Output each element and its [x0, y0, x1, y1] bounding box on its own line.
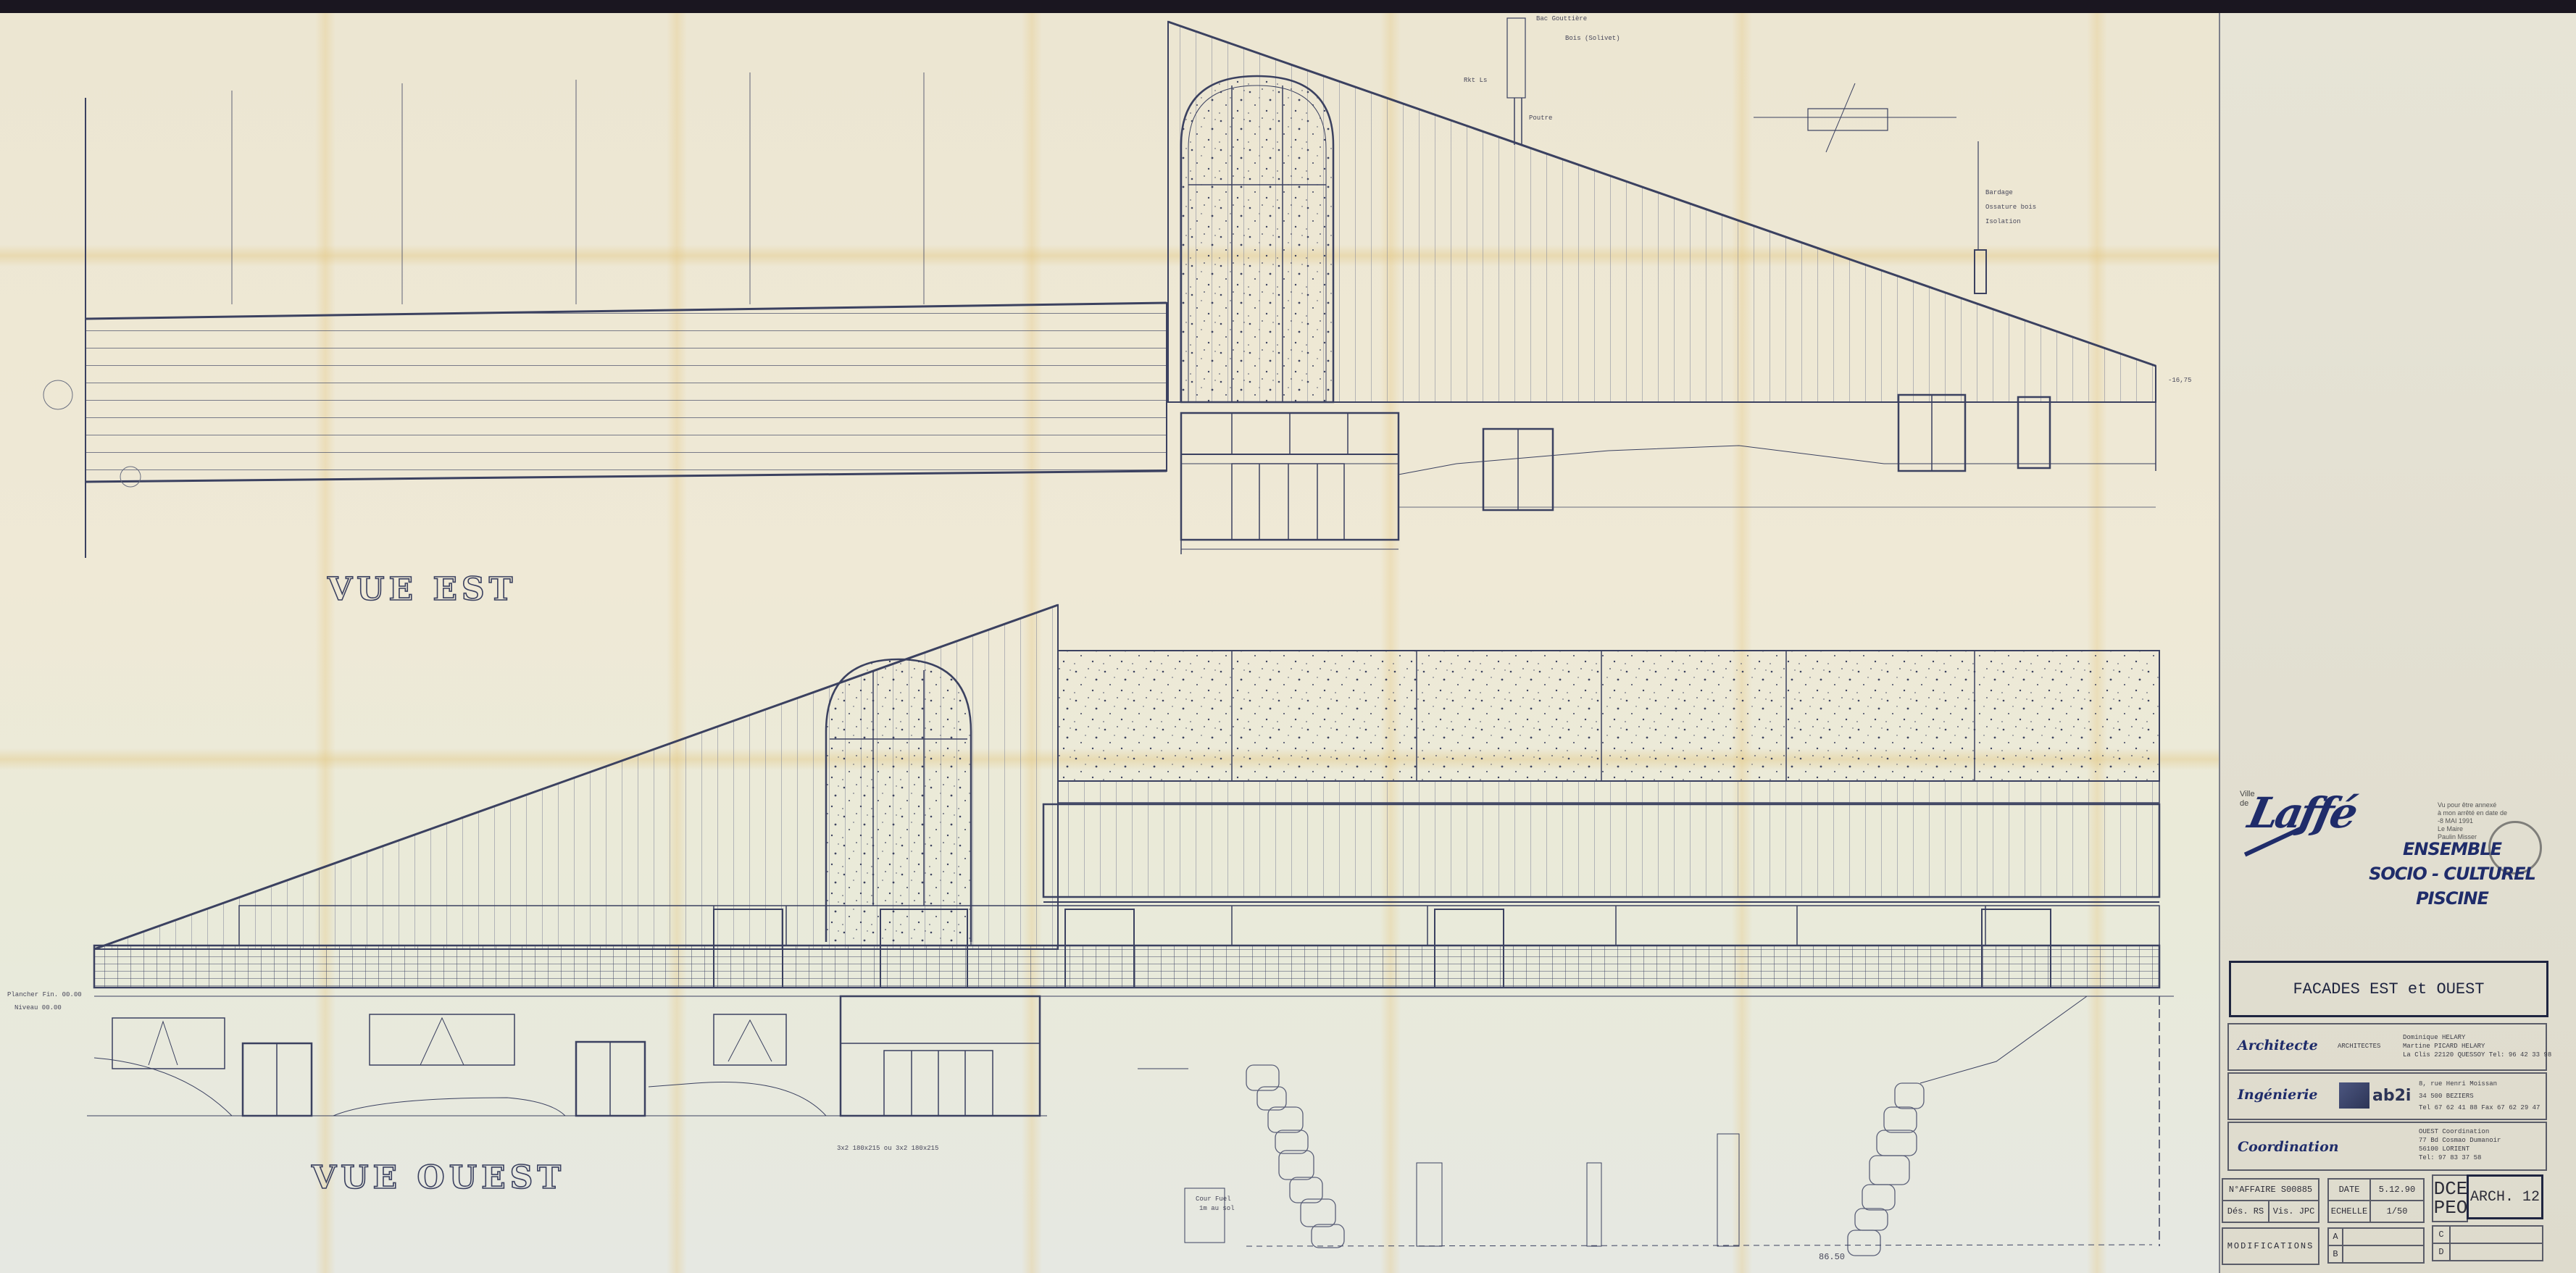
engineering-line: 8, rue Henri Moissan — [2419, 1080, 2497, 1088]
detail-note: Isolation — [1985, 218, 2021, 225]
architect-line: Dominique HELARY — [2403, 1033, 2465, 1042]
revision-letter: D — [2432, 1243, 2451, 1261]
architect-firm: ARCHITECTES — [2338, 1042, 2380, 1051]
ab2i-logo-icon — [2339, 1082, 2369, 1109]
engineering-row: Ingénierie ab2i 8, rue Henri Moissan 34 … — [2227, 1072, 2547, 1120]
revision-letter: C — [2432, 1225, 2451, 1244]
view-label-west: VUE OUEST — [312, 1159, 565, 1196]
revision-entry — [2342, 1227, 2425, 1246]
east-elevation — [43, 13, 2156, 558]
view-label-east: VUE EST — [328, 571, 517, 608]
detail-note: Rkt Ls — [1464, 77, 1487, 84]
phase-box — [2432, 1174, 2468, 1222]
detail-note: Ossature bois — [1985, 204, 2036, 211]
coordination-label: Coordination — [2238, 1139, 2339, 1155]
drawing-title: FACADES EST et OUEST — [2229, 961, 2548, 1017]
coordination-line: OUEST Coordination — [2419, 1127, 2489, 1136]
architect-line: La Clis 22120 QUESSOY Tel: 96 42 33 98 — [2403, 1051, 2551, 1059]
elevation-drawings — [0, 13, 2219, 1273]
date-label: DATE — [2327, 1178, 2371, 1201]
engineering-line: 34 500 BEZIERS — [2419, 1092, 2474, 1101]
checked-by: Vis. JPC — [2268, 1200, 2319, 1223]
revision-entry — [2342, 1245, 2425, 1264]
detail-note: Bac Gouttière — [1536, 15, 1587, 22]
level-mark: Plancher Fin. 00.00 — [7, 991, 82, 998]
project-title-line: SOCIO - CULTUREL — [2343, 864, 2561, 884]
coordination-line: 77 Bd Cosmao Dumanoir — [2419, 1136, 2501, 1145]
modifications-label: MODIFICATIONS — [2222, 1227, 2319, 1265]
affaire-number: N°AFFAIRE S00885 — [2222, 1178, 2319, 1201]
west-elevation — [87, 605, 2174, 1256]
level-mark: Niveau 00.00 — [14, 1004, 62, 1011]
detail-note: Bardage — [1985, 189, 2013, 196]
scale-label: ECHELLE — [2327, 1200, 2371, 1223]
architect-row: Architecte ARCHITECTES Dominique HELARY … — [2227, 1023, 2547, 1071]
coordination-row: Coordination OUEST Coordination 77 Bd Co… — [2227, 1122, 2547, 1171]
door-dim-label: 3x2 180x215 ou 3x2 180x215 — [837, 1145, 938, 1152]
coordination-line: 56100 LORIENT — [2419, 1145, 2469, 1153]
engineering-line: Tel 67 62 41 88 Fax 67 62 29 47 — [2419, 1103, 2540, 1112]
level-mark: -16,75 — [2168, 377, 2191, 384]
detail-note: 1m au sol — [1199, 1205, 1235, 1212]
detail-note: Poutre — [1529, 114, 1552, 122]
revision-entry — [2449, 1243, 2543, 1261]
sheet-number: ARCH. 12 — [2467, 1174, 2543, 1219]
coordination-line: Tel: 97 83 37 58 — [2419, 1153, 2481, 1162]
drawing-sheet: VUE EST VUE OUEST Bac Gouttière Bois (So… — [0, 13, 2576, 1273]
revision-letter: A — [2327, 1227, 2343, 1246]
engineering-label: Ingénierie — [2238, 1087, 2318, 1103]
revision-letter: B — [2327, 1245, 2343, 1264]
client-prefix: de — [2240, 799, 2248, 808]
detail-note: Cour Fuel — [1196, 1195, 1231, 1203]
ab2i-logo-text: ab2i — [2372, 1087, 2411, 1105]
revision-entry — [2449, 1225, 2543, 1244]
project-title-line: PISCINE — [2343, 888, 2561, 909]
total-dimension: 86.50 — [1819, 1252, 1845, 1262]
detail-note: Bois (Solivet) — [1565, 35, 1620, 42]
architect-label: Architecte — [2238, 1038, 2318, 1053]
title-block: Ville de Laffé Vu pour être annexé à mon… — [2219, 13, 2576, 1273]
architect-line: Martine PICARD HELARY — [2403, 1042, 2485, 1051]
date-value: 5.12.90 — [2369, 1178, 2425, 1201]
project-title-line: ENSEMBLE — [2343, 839, 2561, 859]
scale-value: 1/50 — [2369, 1200, 2425, 1223]
drawn-by: Dés. RS — [2222, 1200, 2269, 1223]
